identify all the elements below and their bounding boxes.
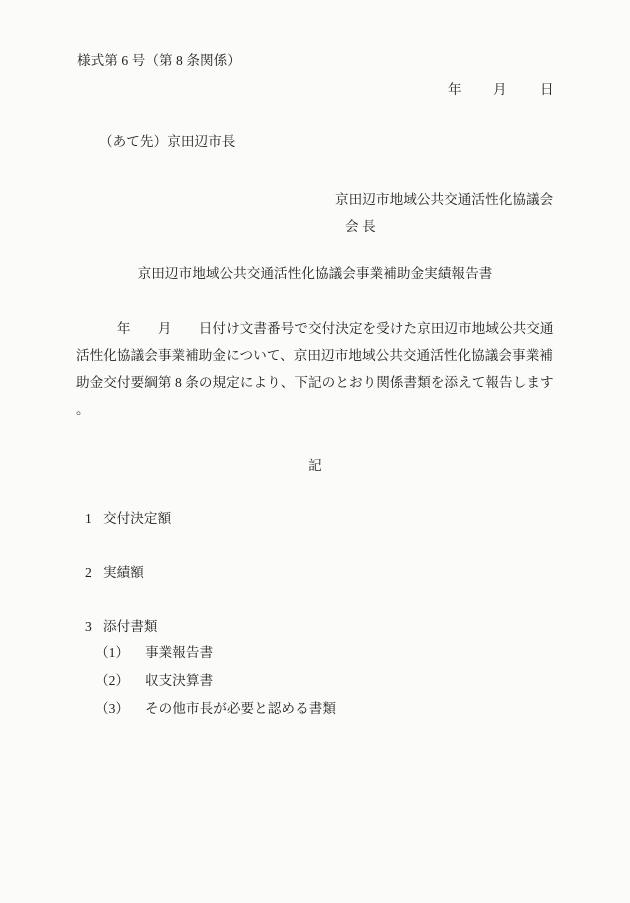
form-number-label: 様式第 6 号（第 8 条関係） bbox=[77, 53, 241, 69]
sender-organization: 京田辺市地域公共交通活性化協議会 bbox=[335, 192, 553, 208]
item-1-number: 1 bbox=[85, 511, 92, 527]
document-title: 京田辺市地域公共交通活性化協議会事業補助金実績報告書 bbox=[0, 266, 630, 282]
date-year-label: 年 bbox=[448, 82, 462, 98]
sub-item-1-number: （1） bbox=[95, 645, 129, 661]
body-paragraph-line-1: 年 月 日付け文書番号で交付決定を受けた京田辺市地域公共交通 bbox=[76, 321, 554, 337]
body-paragraph-line-2: 活性化協議会事業補助金について、京田辺市地域公共交通活性化協議会事業補 bbox=[76, 348, 553, 364]
sub-item-3-label: その他市長が必要と認める書類 bbox=[145, 701, 336, 717]
date-day-label: 日 bbox=[540, 82, 554, 98]
sub-item-2-label: 収支決算書 bbox=[145, 673, 213, 689]
date-month-label: 月 bbox=[493, 82, 507, 98]
document-page: 様式第 6 号（第 8 条関係） 年 月 日 （あて先）京田辺市長 京田辺市地域… bbox=[0, 0, 630, 903]
item-3-label: 添付書類 bbox=[103, 619, 158, 635]
item-2-label: 実績額 bbox=[103, 565, 144, 581]
body-paragraph-line-3: 助金交付要綱第 8 条の規定により、下記のとおり関係書類を添えて報告します bbox=[76, 375, 554, 391]
sub-item-2-number: （2） bbox=[95, 673, 129, 689]
item-2-number: 2 bbox=[85, 565, 92, 581]
sender-title: 会 長 bbox=[345, 219, 376, 235]
sub-item-1-label: 事業報告書 bbox=[145, 645, 213, 661]
item-1-label: 交付決定額 bbox=[103, 511, 171, 527]
sub-item-3-number: （3） bbox=[95, 701, 129, 717]
addressee-line: （あて先）京田辺市長 bbox=[99, 134, 235, 150]
ki-marker: 記 bbox=[0, 458, 630, 474]
body-paragraph-line-4: 。 bbox=[76, 402, 90, 418]
item-3-number: 3 bbox=[85, 619, 92, 635]
